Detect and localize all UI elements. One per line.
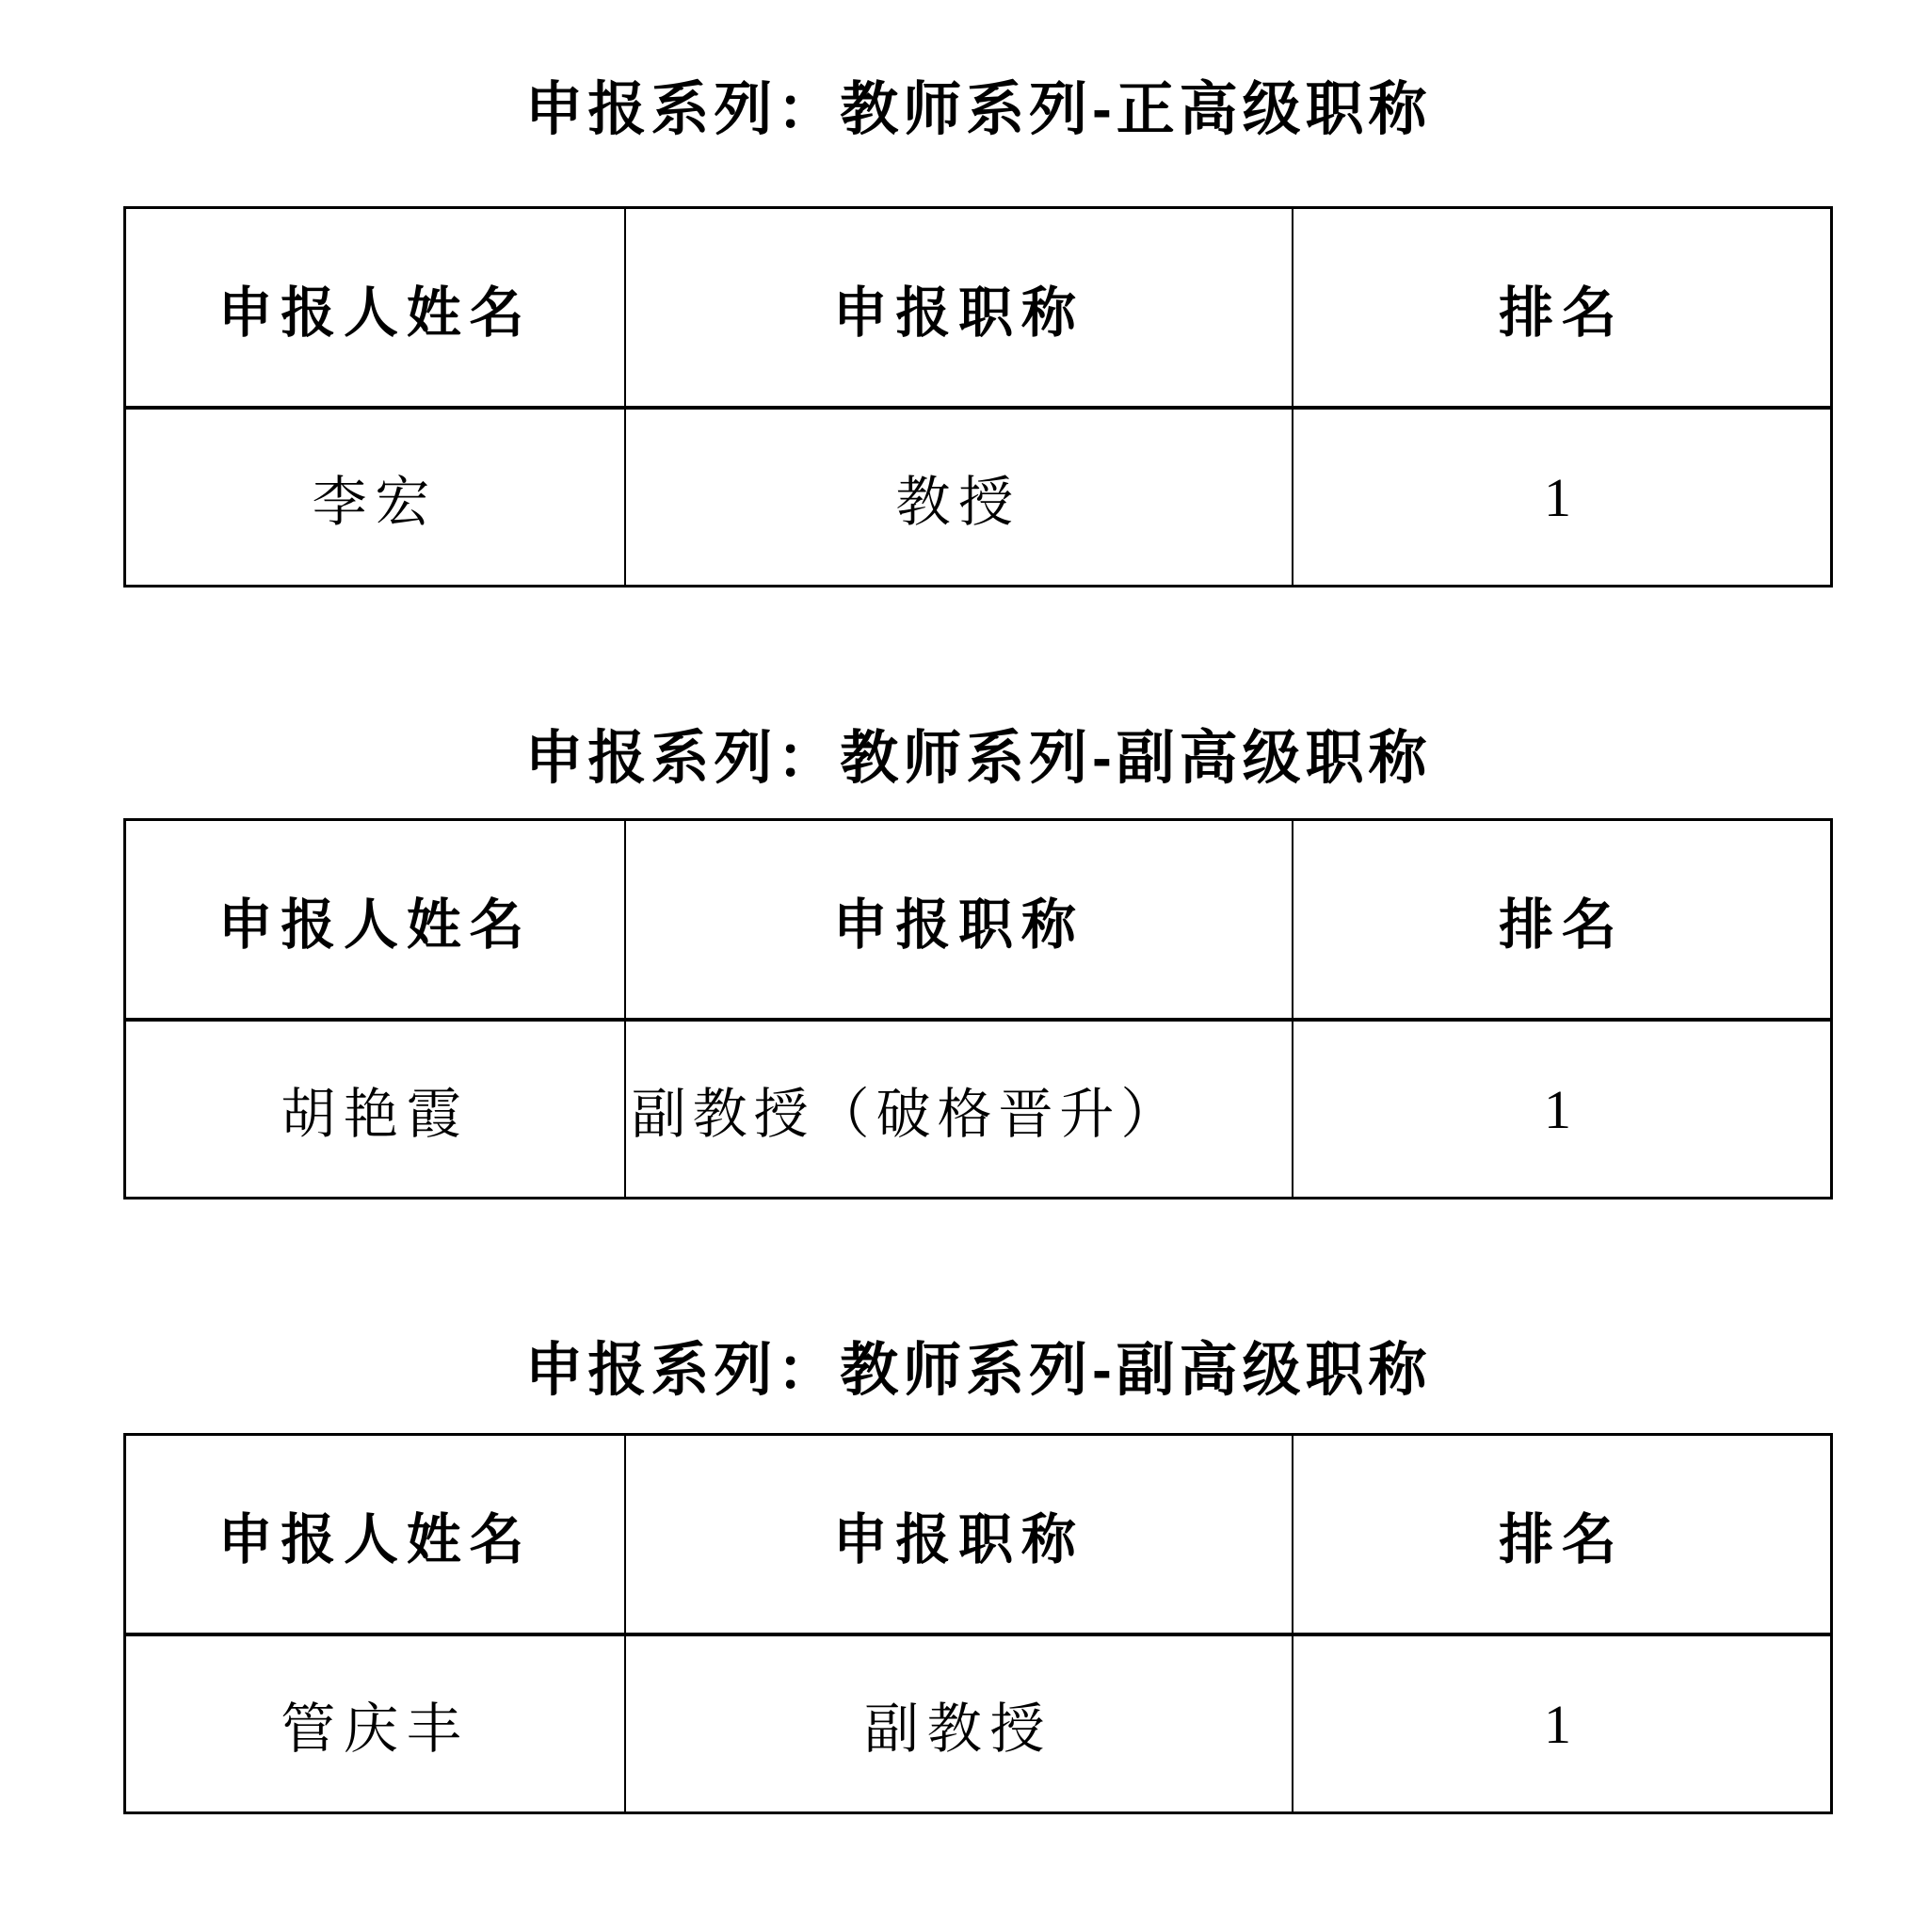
- col-header-declared-title: 申报职称: [625, 820, 1293, 1021]
- col-header-declared-title: 申报职称: [625, 208, 1293, 409]
- section-title: 申报系列：教师系列-副高级职称: [123, 729, 1833, 789]
- cell-rank: 1: [1293, 408, 1832, 587]
- cell-rank: 1: [1293, 1634, 1832, 1813]
- section-title: 申报系列：教师系列-正高级职称: [123, 80, 1833, 140]
- cell-declared-title: 副教授: [625, 1634, 1293, 1813]
- col-header-rank: 排名: [1293, 208, 1832, 409]
- col-header-applicant-name: 申报人姓名: [125, 820, 625, 1021]
- applicants-table: 申报人姓名 申报职称 排名 胡艳霞 副教授（破格晋升） 1: [123, 818, 1833, 1199]
- declaration-section-senior: 申报系列：教师系列-正高级职称 申报人姓名 申报职称 排名 李宏 教授 1: [123, 80, 1833, 588]
- declaration-section-associate-2: 申报系列：教师系列-副高级职称 申报人姓名 申报职称 排名 管庆丰 副教授 1: [123, 1341, 1833, 1814]
- col-header-applicant-name: 申报人姓名: [125, 1435, 625, 1635]
- section-title: 申报系列：教师系列-副高级职称: [123, 1341, 1833, 1401]
- document-page: 申报系列：教师系列-正高级职称 申报人姓名 申报职称 排名 李宏 教授 1 申报…: [123, 80, 1833, 1814]
- cell-declared-title: 教授: [625, 408, 1293, 587]
- table-row: 管庆丰 副教授 1: [125, 1634, 1832, 1813]
- cell-applicant-name: 胡艳霞: [125, 1020, 625, 1199]
- table-row: 李宏 教授 1: [125, 408, 1832, 587]
- cell-applicant-name: 管庆丰: [125, 1634, 625, 1813]
- col-header-rank: 排名: [1293, 820, 1832, 1021]
- cell-rank: 1: [1293, 1020, 1832, 1199]
- table-header-row: 申报人姓名 申报职称 排名: [125, 820, 1832, 1021]
- table-header-row: 申报人姓名 申报职称 排名: [125, 1435, 1832, 1635]
- col-header-applicant-name: 申报人姓名: [125, 208, 625, 409]
- cell-declared-title: 副教授（破格晋升）: [625, 1020, 1293, 1199]
- table-row: 胡艳霞 副教授（破格晋升） 1: [125, 1020, 1832, 1199]
- table-header-row: 申报人姓名 申报职称 排名: [125, 208, 1832, 409]
- col-header-rank: 排名: [1293, 1435, 1832, 1635]
- declaration-section-associate-1: 申报系列：教师系列-副高级职称 申报人姓名 申报职称 排名 胡艳霞 副教授（破格…: [123, 729, 1833, 1199]
- cell-applicant-name: 李宏: [125, 408, 625, 587]
- applicants-table: 申报人姓名 申报职称 排名 管庆丰 副教授 1: [123, 1433, 1833, 1814]
- applicants-table: 申报人姓名 申报职称 排名 李宏 教授 1: [123, 206, 1833, 588]
- col-header-declared-title: 申报职称: [625, 1435, 1293, 1635]
